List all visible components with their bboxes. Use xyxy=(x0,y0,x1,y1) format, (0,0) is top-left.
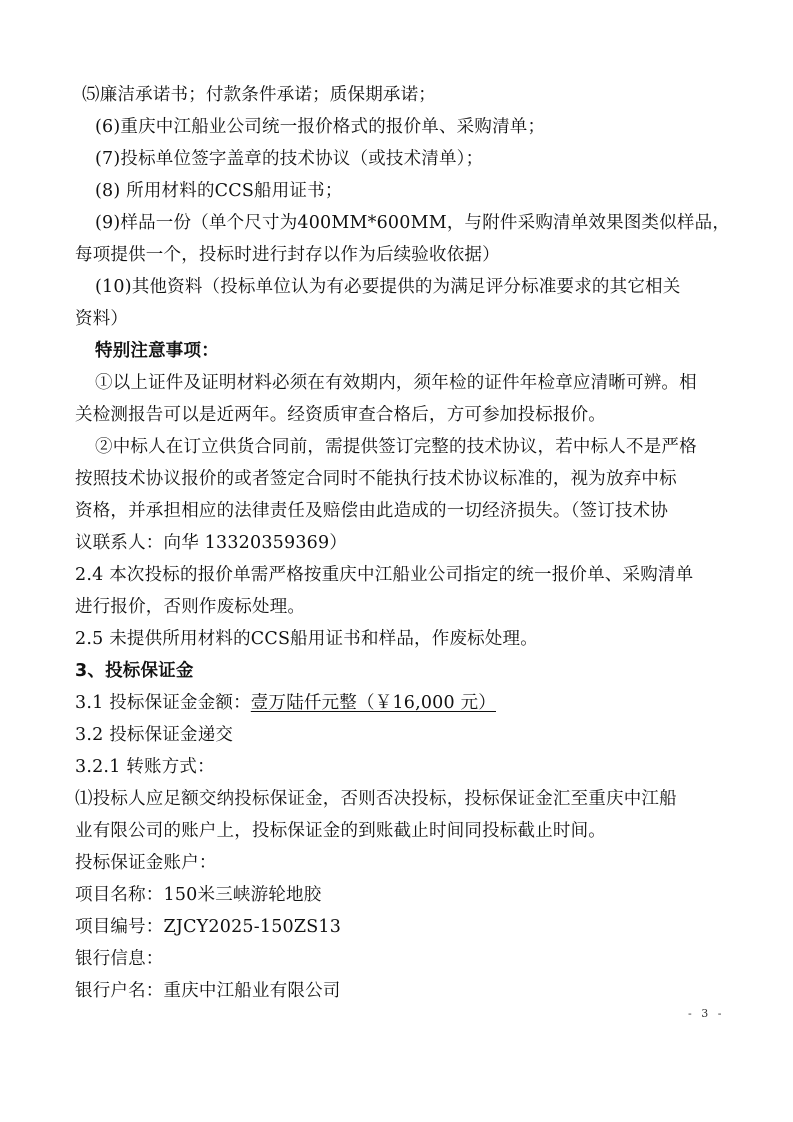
project-number: 项目编号：ZJCY2025-150ZS13 xyxy=(75,916,341,938)
clause-2-5: 2.5 未提供所用材料的CCS船用证书和样品，作废标处理。 xyxy=(75,628,538,650)
transfer-item-1-cont: 业有限公司的账户上，投标保证金的到账截止时间同投标截止时间。 xyxy=(75,820,606,842)
list-item-5: ⑸廉洁承诺书；付款条件承诺；质保期承诺； xyxy=(82,84,436,106)
bank-info-heading: 银行信息： xyxy=(75,948,164,970)
note-2: ②中标人在订立供货合同前，需提供签订完整的技术协议，若中标人不是严格 xyxy=(95,436,697,458)
deposit-amount-label: 3.1 投标保证金金额： xyxy=(75,693,251,713)
list-item-9-cont: 每项提供一个，投标时进行封存以作为后续验收依据） xyxy=(75,244,500,266)
document-page: ⑸廉洁承诺书；付款条件承诺；质保期承诺； (6)重庆中江船业公司统一报价格式的报… xyxy=(0,0,793,1122)
project-name: 项目名称：150米三峡游轮地胶 xyxy=(75,884,321,906)
deposit-account-heading: 投标保证金账户： xyxy=(75,852,217,874)
clause-3-1: 3.1 投标保证金金额：壹万陆仟元整（￥16,000 元） xyxy=(75,692,496,714)
list-item-10-cont: 资料） xyxy=(75,308,128,330)
list-item-7: (7)投标单位签字盖章的技术协议（或技术清单）； xyxy=(95,148,483,170)
section-3-heading: 3、投标保证金 xyxy=(75,660,194,682)
note-2-contact: 议联系人：向华 13320359369） xyxy=(75,532,347,554)
list-item-10: (10)其他资料（投标单位认为有必要提供的为满足评分标准要求的其它相关 xyxy=(95,276,680,298)
clause-2-4-cont: 进行报价，否则作废标处理。 xyxy=(75,596,305,618)
note-1: ①以上证件及证明材料必须在有效期内，须年检的证件年检章应清晰可辨。相 xyxy=(95,372,697,394)
note-2-cont-2: 资格，并承担相应的法律责任及赔偿由此造成的一切经济损失。（签订技术协 xyxy=(75,500,668,522)
transfer-item-1: ⑴投标人应足额交纳投标保证金，否则否决投标，投标保证金汇至重庆中江船 xyxy=(75,788,677,810)
note-1-cont: 关检测报告可以是近两年。经资质审查合格后，方可参加投标报价。 xyxy=(75,404,606,426)
bank-account-name: 银行户名：重庆中江船业有限公司 xyxy=(75,980,341,1002)
list-item-8: (8) 所用材料的CCS船用证书； xyxy=(95,180,343,202)
note-2-cont-1: 按照技术协议报价的或者签定合同时不能执行技术协议标准的，视为放弃中标 xyxy=(75,468,677,490)
page-number: - 3 - xyxy=(688,1007,724,1020)
special-notes-heading: 特别注意事项： xyxy=(95,340,219,362)
list-item-6: (6)重庆中江船业公司统一报价格式的报价单、采购清单； xyxy=(95,116,545,138)
list-item-9: (9)样品一份（单个尺寸为400MM*600MM，与附件采购清单效果图类似样品， xyxy=(95,212,730,234)
clause-2-4: 2.4 本次投标的报价单需严格按重庆中江船业公司指定的统一报价单、采购清单 xyxy=(75,564,693,586)
clause-3-2-1: 3.2.1 转账方式： xyxy=(75,756,215,778)
clause-3-2: 3.2 投标保证金递交 xyxy=(75,724,233,746)
deposit-amount-value: 壹万陆仟元整（￥16,000 元） xyxy=(251,693,496,713)
